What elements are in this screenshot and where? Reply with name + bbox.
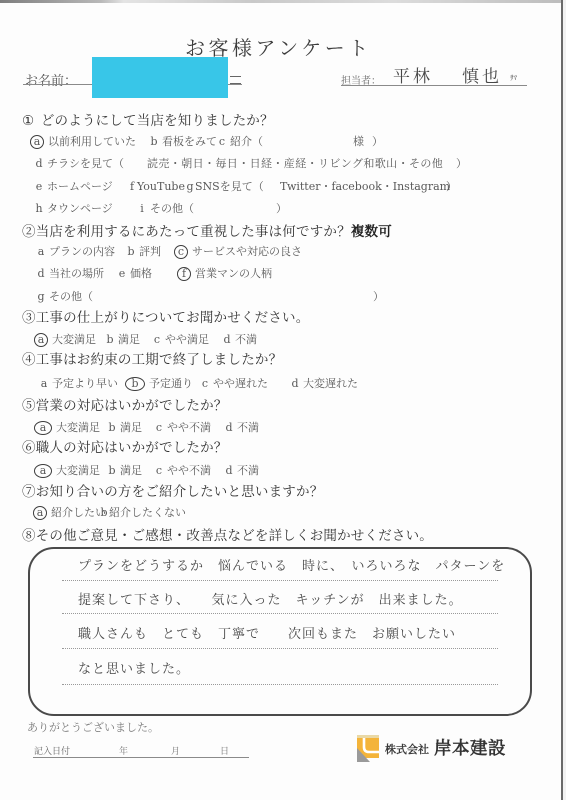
survey-page: お客様アンケート お名前： 担当者： 平林 慎也 ｻﾏ ① どのようにして当店を… (0, 0, 566, 800)
option-label: サービスや対応の良さ (192, 245, 302, 258)
option-c: cやや遅れた (201, 377, 268, 391)
option-label: SNSを見て（ (195, 180, 264, 193)
option-key: g (37, 290, 45, 304)
question-5-heading: ⑤営業の対応はいかがでしたか？ (22, 398, 228, 414)
option-a: a紹介したい (36, 506, 106, 520)
option-label: ホームページ (47, 180, 113, 193)
question-number: ⑦ (22, 484, 36, 500)
option-key: d (291, 377, 299, 391)
option-label: 当社の場所 (49, 267, 104, 280)
question-2-row-1: aプランの内容 b評判 cサービスや対応の良さ (0, 245, 560, 259)
option-key: d (37, 267, 45, 281)
option-label: 大変満足 (56, 464, 100, 477)
option-key: a (34, 464, 52, 478)
option-d: d不満 (225, 421, 259, 435)
date-label: 記入日付 (34, 744, 70, 757)
option-key: a (37, 245, 45, 259)
close-paren: ） (446, 180, 457, 194)
option-label: 評判 (139, 245, 161, 258)
question-1-row-3: eホームページ fYouTube gSNSを見て（ Twitter・facebo… (0, 180, 560, 194)
question-number: ① (22, 113, 34, 129)
option-label: 看板をみて (162, 135, 217, 148)
option-a: aプランの内容 (37, 245, 115, 259)
option-key: b (108, 464, 116, 478)
option-a: a予定より早い (40, 377, 118, 391)
option-key: b (150, 135, 158, 149)
question-text: 工事はお約束の工期で終了しましたか？ (36, 352, 283, 368)
option-label: 不満 (237, 421, 259, 434)
option-d: d不満 (225, 464, 259, 478)
option-key: d (225, 421, 233, 435)
option-f: fYouTube (128, 180, 185, 194)
option-e: eホームページ (35, 180, 113, 194)
option-key: h (35, 202, 43, 216)
question-5-options: a大変満足 b満足 cやや不満 d不満 (0, 421, 560, 435)
option-key: c (153, 333, 161, 347)
question-1-row-2: dチラシを見て（ 読売・朝日・毎日・日経・産経・リビング和歌山・その他 ） (0, 157, 560, 171)
option-label: 営業マンの人柄 (195, 267, 272, 280)
comment-rule (62, 648, 498, 649)
option-label: 予定通り (149, 377, 193, 390)
close-paren: ） (372, 135, 383, 149)
close-paren: ） (276, 202, 287, 216)
question-2-row-3: gその他（ ） (0, 290, 560, 304)
question-number: ② (22, 224, 36, 240)
option-f: f営業マンの人柄 (180, 267, 272, 281)
option-label: 紹介したい (51, 506, 106, 519)
option-d: d大変遅れた (291, 377, 358, 391)
option-key: c (201, 377, 209, 391)
option-g: gSNSを見て（ (186, 180, 264, 194)
option-key: b (127, 245, 135, 259)
staff-surname: 平林 (393, 62, 433, 87)
question-6-options: a大変満足 b満足 cやや不満 d不満 (0, 464, 560, 478)
year-unit: 年 (119, 744, 128, 757)
option-key: a (34, 421, 52, 435)
staff-suffix: ｻﾏ (510, 73, 517, 83)
option-key: e (35, 180, 43, 194)
comment-line-1: プランをどうするか 悩んでいる 時に、 いろいろな パターンを (78, 557, 505, 577)
option-b: b満足 (106, 333, 140, 347)
question-2-row-2: d当社の場所 e価格 f営業マンの人柄 (0, 267, 560, 281)
option-label: 不満 (237, 464, 259, 477)
question-7-options: a紹介したい b紹介したくない (0, 506, 560, 520)
option-key: f (177, 267, 191, 281)
option-d: d不満 (223, 333, 257, 347)
handwriting-fragment (230, 76, 241, 84)
option-label: 予定より早い (52, 377, 118, 390)
option-label: 満足 (120, 421, 142, 434)
question-text: その他ご意見・ご感想・改善点などを詳しくお聞かせください。 (36, 528, 433, 544)
option-b: b紹介したくない (100, 506, 186, 520)
question-number: ③ (22, 310, 36, 326)
option-key: e (118, 267, 126, 281)
option-key: d (223, 333, 231, 347)
option-b: b評判 (127, 245, 161, 259)
option-label: 大変満足 (52, 333, 96, 346)
option-key: d (35, 157, 43, 171)
option-label: その他（ (49, 290, 93, 303)
option-label: 以前利用していた (48, 135, 136, 148)
name-label: お名前： (25, 70, 77, 89)
company-name: 岸本建設 (434, 735, 506, 760)
option-label: YouTube (137, 180, 185, 193)
thanks-message: ありがとうございました。 (27, 719, 159, 735)
question-8-heading: ⑧その他ご意見・ご感想・改善点などを詳しくお聞かせください。 (22, 528, 433, 544)
option-b: b満足 (108, 421, 142, 435)
option-a: a大変満足 (37, 464, 100, 478)
question-4-heading: ④工事はお約束の工期で終了しましたか？ (22, 352, 282, 368)
close-paren: ） (456, 157, 467, 171)
name-redaction (92, 57, 228, 98)
option-label: やや遅れた (213, 377, 268, 390)
option-label: やや不満 (167, 464, 211, 477)
option-a: a大変満足 (37, 333, 96, 347)
option-key: b (108, 421, 116, 435)
newspaper-choices: 読売・朝日・毎日・日経・産経・リビング和歌山・その他 (147, 157, 443, 171)
option-label: タウンページ (47, 202, 113, 215)
option-key: a (33, 506, 47, 520)
referrer-suffix: 様 (353, 135, 364, 149)
date-underline (33, 757, 249, 758)
option-key: a (40, 377, 48, 391)
option-c: c紹介（ (218, 135, 263, 149)
option-label: プランの内容 (49, 245, 115, 258)
option-key: a (34, 333, 48, 347)
question-7-heading: ⑦お知り合いの方をご紹介したいと思いますか？ (22, 484, 323, 500)
option-label: やや満足 (165, 333, 209, 346)
question-4-options: a予定より早い b予定通り cやや遅れた d大変遅れた (0, 377, 560, 391)
month-unit: 月 (171, 744, 180, 757)
option-h: hタウンページ (35, 202, 113, 216)
question-text: 営業の対応はいかがでしたか？ (36, 398, 228, 414)
option-key: b (100, 506, 108, 520)
option-label: 大変遅れた (303, 377, 358, 390)
comment-rule (62, 684, 498, 685)
option-key: i (138, 202, 146, 216)
option-c: cやや不満 (155, 464, 211, 478)
option-label: 紹介（ (230, 135, 263, 148)
question-6-heading: ⑥職人の対応はいかがでしたか？ (22, 440, 228, 456)
staff-given-name: 慎也 (462, 62, 502, 87)
company-logo-icon (357, 735, 379, 762)
question-number: ④ (22, 352, 36, 368)
option-c: cサービスや対応の良さ (177, 245, 302, 259)
question-number: ⑤ (22, 398, 36, 414)
question-text: 当店を利用するにあたって重視した事は何ですか？ (36, 224, 351, 240)
option-key: g (186, 180, 194, 194)
question-number: ⑥ (22, 440, 36, 456)
option-g: gその他（ (37, 290, 93, 304)
option-a: a以前利用していた (33, 135, 136, 149)
option-key: d (225, 464, 233, 478)
option-label: 不満 (235, 333, 257, 346)
option-key: a (30, 135, 44, 149)
option-label: その他（ (150, 202, 194, 215)
option-label: 大変満足 (56, 421, 100, 434)
question-3-options: a大変満足 b満足 cやや満足 d不満 (0, 333, 560, 347)
comment-line-4: なと思いました。 (78, 660, 190, 680)
question-text: お知り合いの方をご紹介したいと思いますか？ (36, 484, 324, 500)
option-a: a大変満足 (37, 421, 100, 435)
question-3-heading: ③工事の仕上がりについてお聞かせください。 (22, 310, 309, 326)
option-e: e価格 (118, 267, 152, 281)
option-b: b予定通り (128, 377, 193, 391)
comment-rule (62, 613, 498, 614)
option-b: b看板をみて (150, 135, 217, 149)
option-label: 紹介したくない (109, 506, 186, 519)
question-text: 工事の仕上がりについてお聞かせください。 (36, 310, 310, 326)
option-key: c (155, 464, 163, 478)
question-2-heading: ②当店を利用するにあたって重視した事は何ですか？複数可 (22, 224, 392, 240)
multiple-choice-note: 複数可 (351, 224, 392, 240)
company-prefix: 株式会社 (385, 741, 429, 757)
sns-choices: Twitter・facebook・Instagram (280, 180, 450, 194)
scan-top-edge (0, 0, 562, 3)
option-c: cやや不満 (155, 421, 211, 435)
option-key: b (125, 377, 145, 391)
question-text: 職人の対応はいかがでしたか？ (36, 440, 228, 456)
option-label: チラシを見て（ (47, 157, 124, 170)
option-label: 価格 (130, 267, 152, 280)
comment-line-3: 職人さんも とても 丁寧で 次回もまた お願いしたい (78, 625, 456, 645)
question-1-row-1: a以前利用していた b看板をみて c紹介（ 様 ） (0, 135, 560, 149)
comment-rule (62, 580, 498, 581)
question-text: どのようにして当店を知りましたか？ (41, 113, 274, 129)
comment-line-2: 提案して下さり、 気に入った キッチンが 出来ました。 (78, 591, 463, 611)
option-i: iその他（ (138, 202, 194, 216)
option-b: b満足 (108, 464, 142, 478)
question-1-heading: ① どのようにして当店を知りましたか？ (22, 113, 274, 129)
close-paren: ） (373, 290, 384, 304)
option-label: 満足 (120, 464, 142, 477)
question-1-row-4: hタウンページ iその他（ ） (0, 202, 560, 216)
option-key: c (174, 245, 188, 259)
option-label: 満足 (118, 333, 140, 346)
option-key: c (155, 421, 163, 435)
option-label: やや不満 (167, 421, 211, 434)
option-c: cやや満足 (153, 333, 209, 347)
option-key: b (106, 333, 114, 347)
option-key: c (218, 135, 226, 149)
option-d: dチラシを見て（ (35, 157, 124, 171)
question-number: ⑧ (22, 528, 36, 544)
option-d: d当社の場所 (37, 267, 104, 281)
day-unit: 日 (220, 744, 229, 757)
option-key: f (128, 180, 136, 194)
